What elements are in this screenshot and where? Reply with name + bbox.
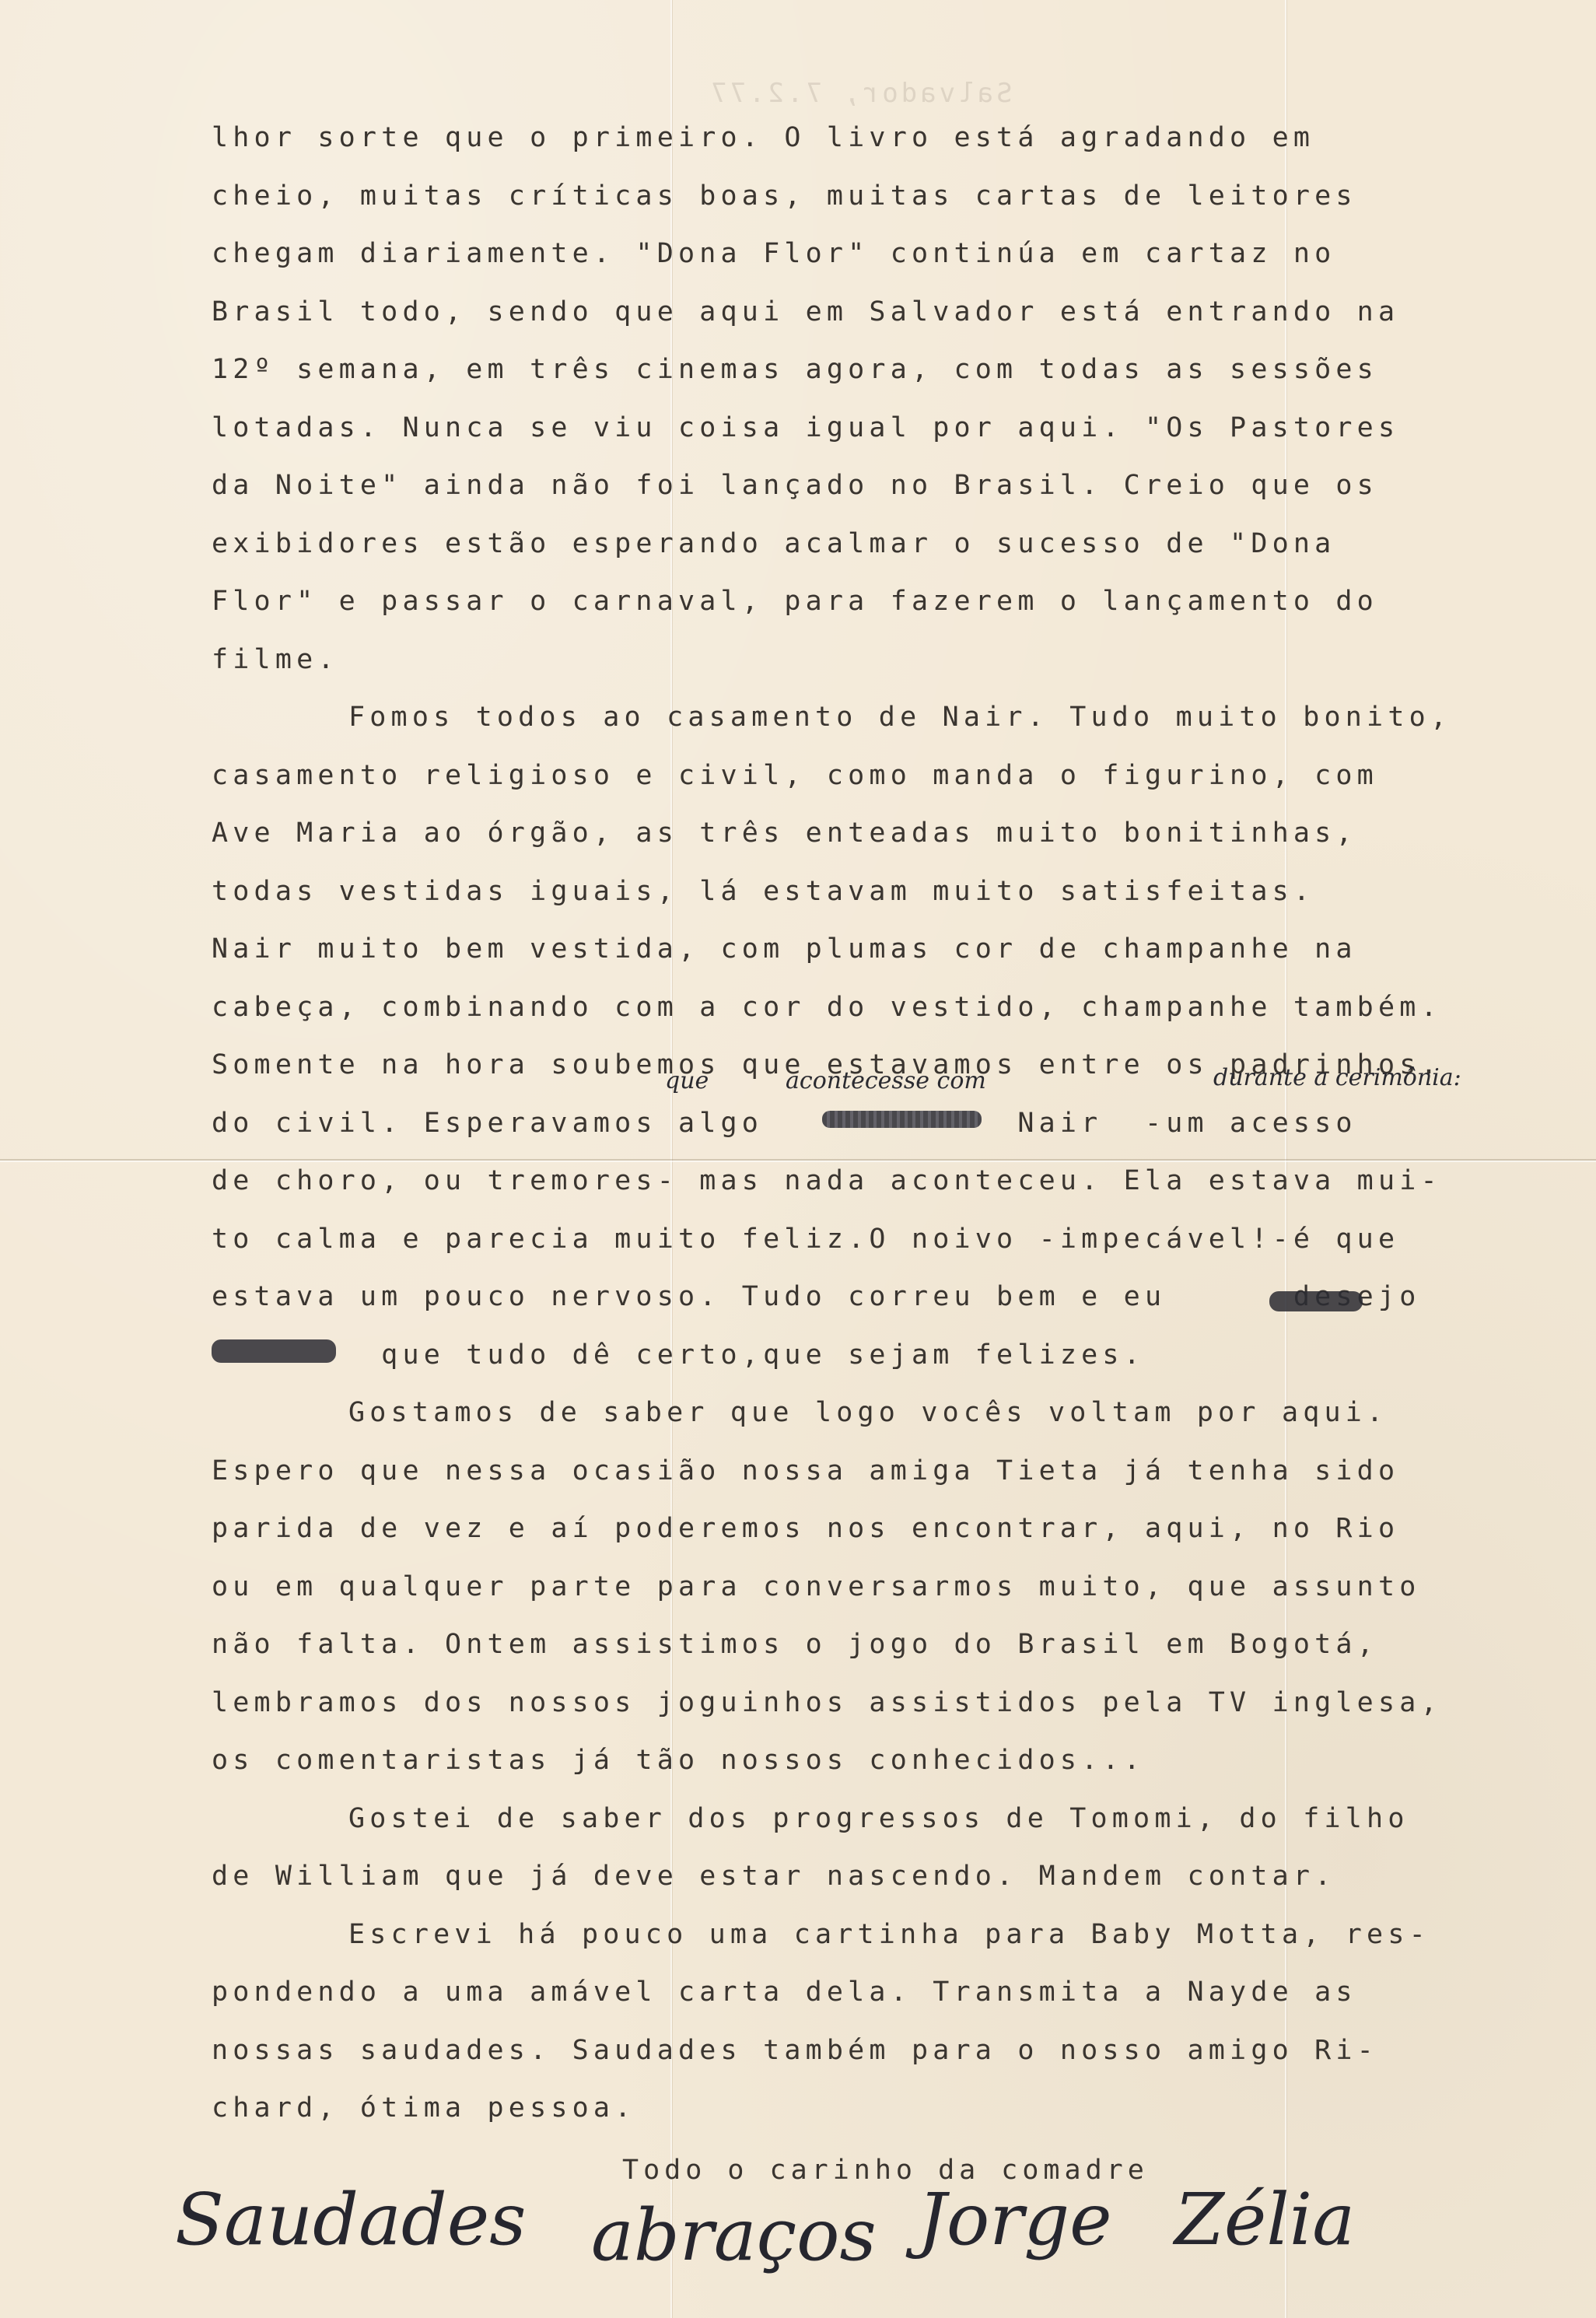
scribbled-out-word-2 (1269, 1291, 1363, 1311)
signature-zelia: Zélia (1174, 2178, 1355, 2261)
text-line: lembramos dos nossos joguinhos assistido… (212, 1674, 1580, 1732)
text-line: lotadas. Nunca se viu coisa igual por aq… (212, 399, 1580, 457)
handwritten-insertion-que: que (665, 1067, 709, 1094)
text-line: que tudo dê certo,que sejam felizes. (212, 1326, 1580, 1385)
text-line: chegam diariamente. "Dona Flor" continúa… (212, 225, 1580, 283)
text-line: de William que já deve estar nascendo. M… (212, 1847, 1580, 1906)
text-line: Escrevi há pouco uma cartinha para Baby … (212, 1906, 1580, 1964)
text-line: exibidores estão esperando acalmar o suc… (212, 515, 1580, 573)
text-line: parida de vez e aí poderemos nos encontr… (212, 1500, 1580, 1558)
signature-jorge: Jorge (918, 2178, 1112, 2261)
text-line: 12º semana, em três cinemas agora, com t… (212, 341, 1580, 399)
text-line: Nair muito bem vestida, com plumas cor d… (212, 920, 1580, 979)
text-line: filme. (212, 631, 1580, 689)
text-line: da Noite" ainda não foi lançado no Brasi… (212, 457, 1580, 515)
text-line: casamento religioso e civil, como manda … (212, 747, 1580, 805)
text-line: Flor" e passar o carnaval, para fazerem … (212, 572, 1580, 631)
handwritten-insertion-durante: durante a cerimônia: (1213, 1064, 1461, 1091)
text-line: Gostamos de saber que logo vocês voltam … (212, 1384, 1580, 1442)
signature-abracos: abraços (591, 2194, 877, 2277)
text-line: estava um pouco nervoso. Tudo correu bem… (212, 1268, 1580, 1326)
text-line: ou em qualquer parte para conversarmos m… (212, 1558, 1580, 1616)
text-line: Ave Maria ao órgão, as três enteadas mui… (212, 804, 1580, 863)
text-line: não falta. Ontem assistimos o jogo do Br… (212, 1616, 1580, 1674)
handwritten-insertion-acontecesse: acontecesse com (786, 1067, 986, 1094)
text-line: pondendo a uma amável carta dela. Transm… (212, 1963, 1580, 2022)
text-line: nossas saudades. Saudades também para o … (212, 2022, 1580, 2080)
text-line: to calma e parecia muito feliz.O noivo -… (212, 1210, 1580, 1269)
bleed-through-header: Salvador, 7.2.77 (708, 78, 1013, 109)
text-line: todas vestidas iguais, lá estavam muito … (212, 863, 1580, 921)
text-line: Gostei de saber dos progressos de Tomomi… (212, 1790, 1580, 1848)
text-line: cabeça, combinando com a cor do vestido,… (212, 979, 1580, 1037)
text-line: chard, ótima pessoa. (212, 2079, 1580, 2138)
text-line: de choro, ou tremores- mas nada acontece… (212, 1152, 1580, 1210)
text-line: os comentaristas já tão nossos conhecido… (212, 1731, 1580, 1790)
text-line: Brasil todo, sendo que aqui em Salvador … (212, 283, 1580, 341)
text-line: Espero que nessa ocasião nossa amiga Tie… (212, 1442, 1580, 1500)
text-line: cheio, muitas críticas boas, muitas cart… (212, 167, 1580, 226)
text-line: Fomos todos ao casamento de Nair. Tudo m… (212, 688, 1580, 747)
scribbled-out-word-3 (212, 1339, 336, 1363)
scribbled-out-word (822, 1111, 982, 1128)
text-line: lhor sorte que o primeiro. O livro está … (212, 109, 1580, 167)
signature-saudades: Saudades (175, 2178, 526, 2261)
